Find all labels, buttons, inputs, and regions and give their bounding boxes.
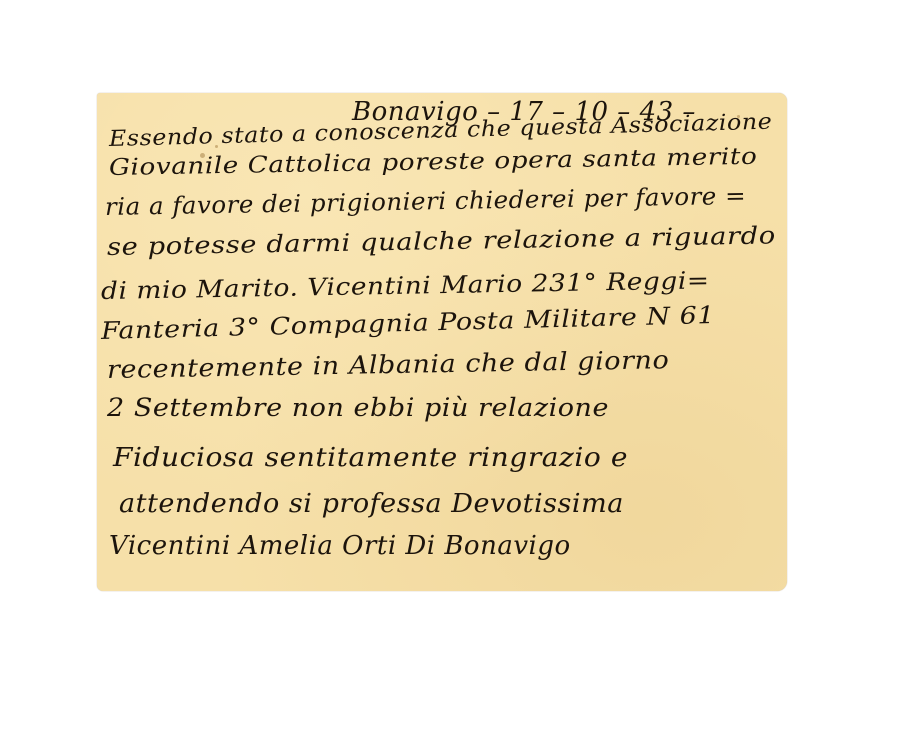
foxing-spot (200, 153, 205, 158)
postcard-line-6: Fanteria 3° Compagnia Posta Militare N 6… (101, 301, 716, 345)
postcard-line-7: recentemente in Albania che dal giorno (107, 345, 670, 384)
postcard-line-8: 2 Settembre non ebbi più relazione (107, 393, 609, 422)
foxing-spot (737, 115, 740, 118)
postcard-line-5: di mio Marito. Vicentini Mario 231° Regg… (101, 266, 710, 305)
postcard: Bonavigo – 17 – 10 – 43 – Essendo stato … (97, 93, 787, 591)
postcard-line-9: Fiduciosa sentitamente ringrazio e (113, 443, 628, 473)
foxing-spot (215, 145, 218, 148)
postcard-line-4: se potesse darmi qualche relazione a rig… (107, 221, 776, 261)
postcard-line-3: ria a favore dei prigionieri chiederei p… (105, 182, 747, 221)
postcard-line-10: attendendo si professa Devotissima (119, 489, 624, 519)
postcard-signature: Vicentini Amelia Orti Di Bonavigo (109, 531, 571, 561)
